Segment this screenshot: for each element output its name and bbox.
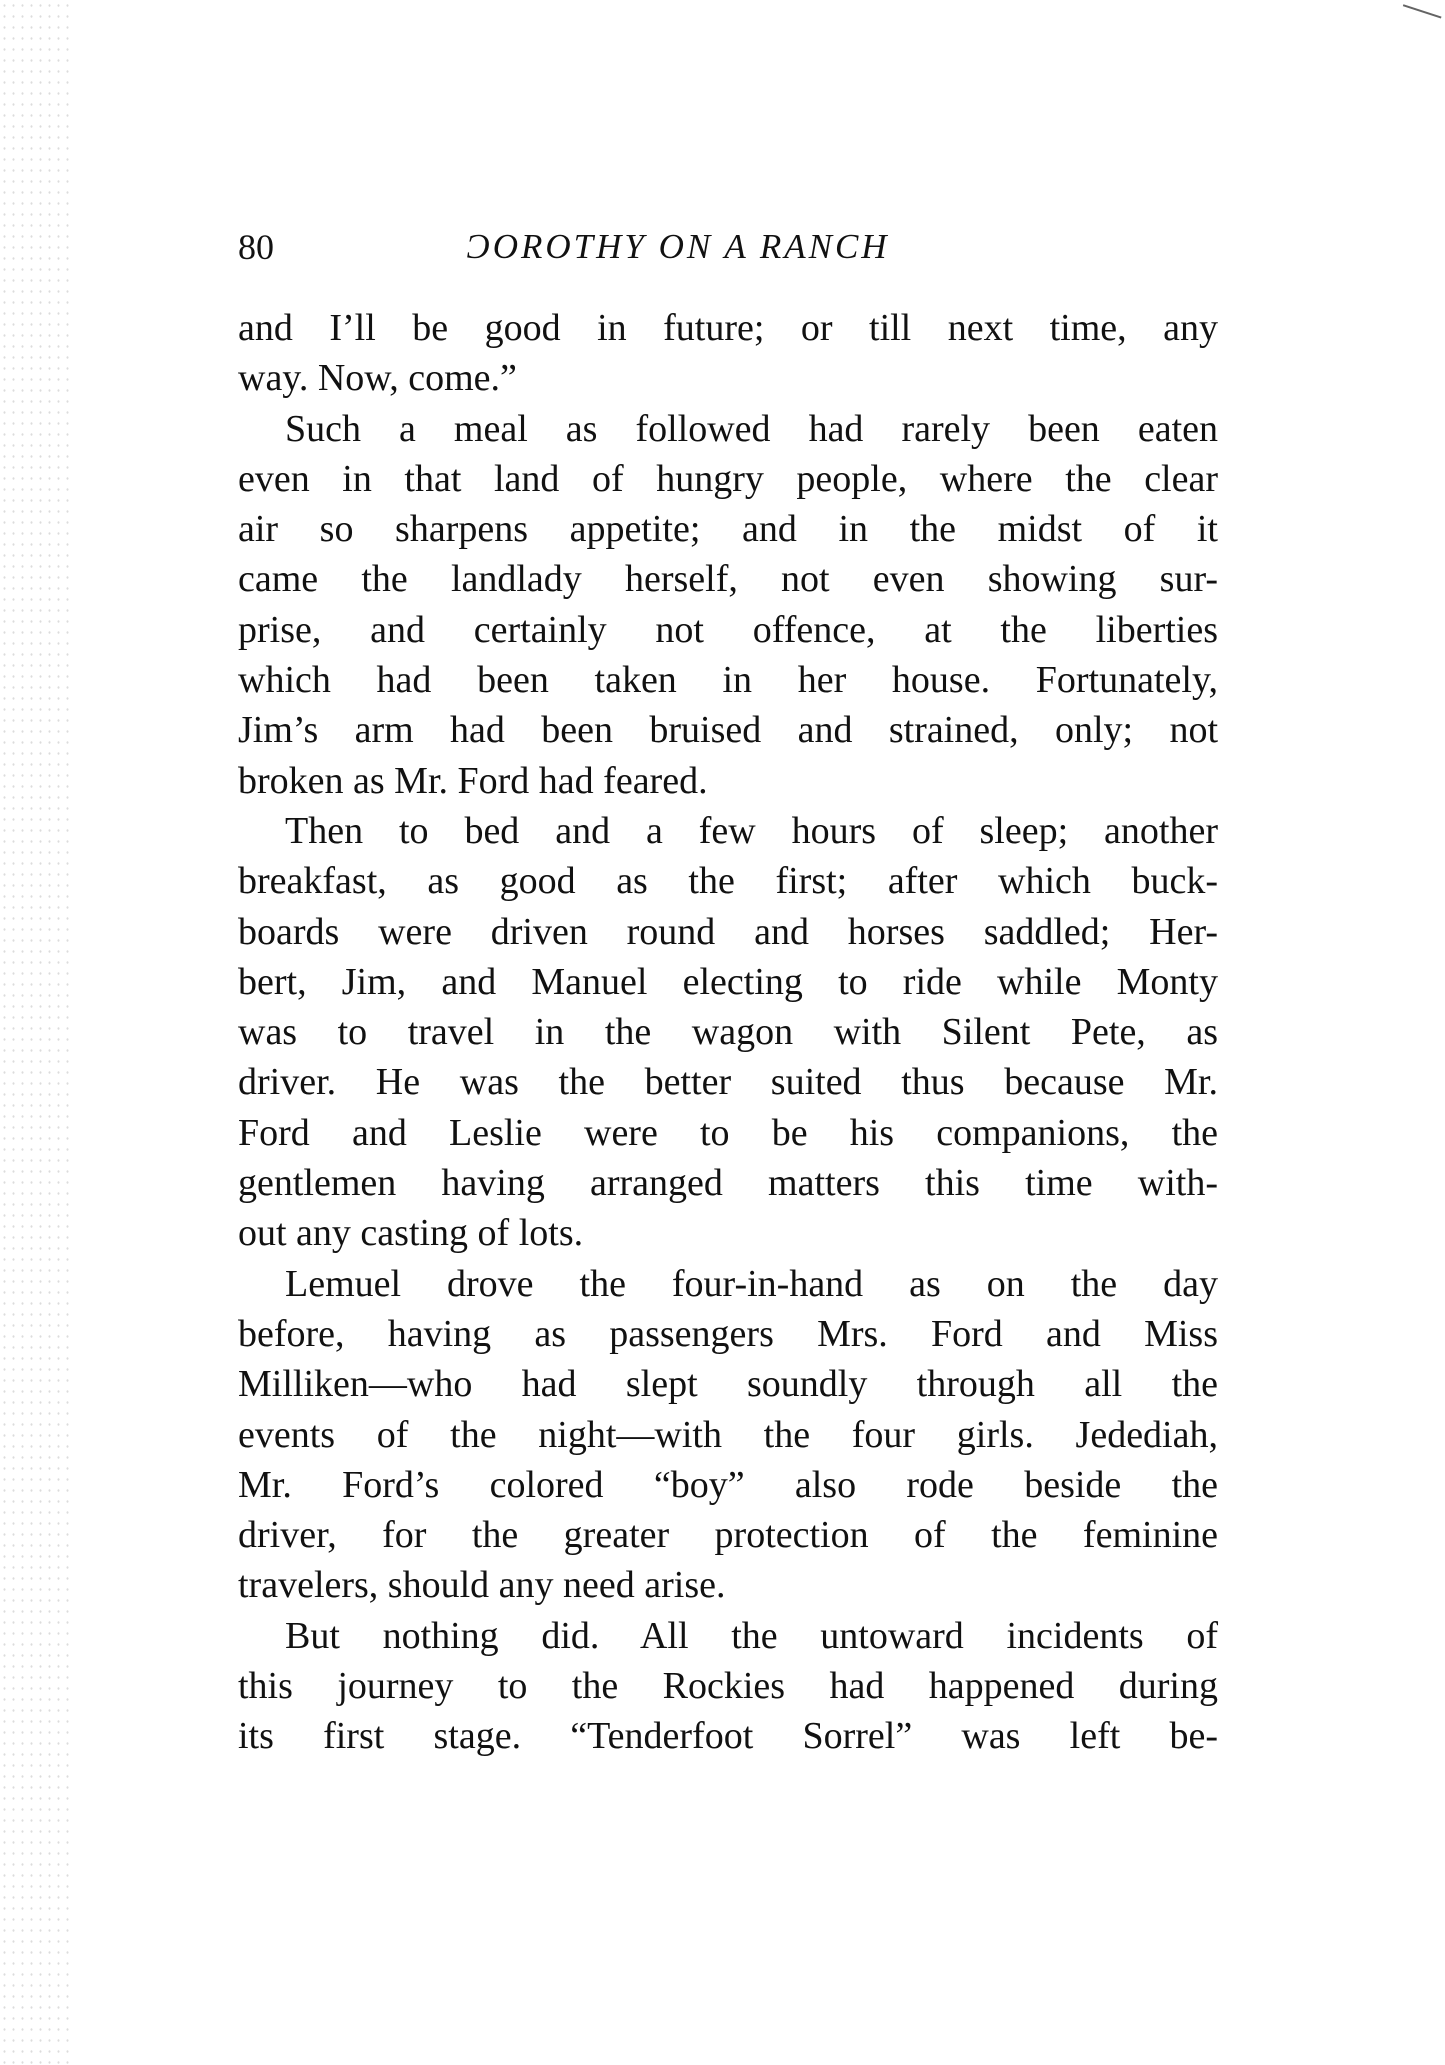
text-line: But nothing did. All the untoward incide… bbox=[238, 1611, 1218, 1661]
text-line: travelers, should any need arise. bbox=[238, 1560, 1218, 1610]
text-line: which had been taken in her house. Fortu… bbox=[238, 655, 1218, 705]
text-line: was to travel in the wagon with Silent P… bbox=[238, 1007, 1218, 1057]
scan-noise bbox=[0, 0, 70, 2065]
text-line: Mr. Ford’s colored “boy” also rode besid… bbox=[238, 1460, 1218, 1510]
text-line: Lemuel drove the four-in-hand as on the … bbox=[238, 1259, 1218, 1309]
text-line: prise, and certainly not offence, at the… bbox=[238, 605, 1218, 655]
text-line: events of the night—with the four girls.… bbox=[238, 1410, 1218, 1460]
text-line: breakfast, as good as the first; after w… bbox=[238, 856, 1218, 906]
text-line: Such a meal as followed had rarely been … bbox=[238, 404, 1218, 454]
text-line: gentlemen having arranged matters this t… bbox=[238, 1158, 1218, 1208]
text-line: driver, for the greater protection of th… bbox=[238, 1510, 1218, 1560]
text-line: driver. He was the better suited thus be… bbox=[238, 1057, 1218, 1107]
text-line: even in that land of hungry people, wher… bbox=[238, 454, 1218, 504]
scan-edge-mark bbox=[1399, 4, 1442, 32]
text-line: Milliken—who had slept soundly through a… bbox=[238, 1359, 1218, 1409]
text-line: Then to bed and a few hours of sleep; an… bbox=[238, 806, 1218, 856]
text-line: came the landlady herself, not even show… bbox=[238, 554, 1218, 604]
text-line: bert, Jim, and Manuel electing to ride w… bbox=[238, 957, 1218, 1007]
page-header: 80 ƆOROTHY ON A RANCH bbox=[238, 222, 1218, 272]
text-line: out any casting of lots. bbox=[238, 1208, 1218, 1258]
text-line: this journey to the Rockies had happened… bbox=[238, 1661, 1218, 1711]
running-title: ƆOROTHY ON A RANCH bbox=[238, 222, 1218, 272]
text-line: Jim’s arm had been bruised and strained,… bbox=[238, 705, 1218, 755]
book-page: 80 ƆOROTHY ON A RANCH and I’ll be good i… bbox=[0, 0, 1445, 2065]
body-text: and I’ll be good in future; or till next… bbox=[238, 303, 1218, 1762]
text-line: its first stage. “Tenderfoot Sorrel” was… bbox=[238, 1711, 1218, 1761]
text-line: and I’ll be good in future; or till next… bbox=[238, 303, 1218, 353]
text-line: way. Now, come.” bbox=[238, 353, 1218, 403]
text-line: before, having as passengers Mrs. Ford a… bbox=[238, 1309, 1218, 1359]
text-line: Ford and Leslie were to be his companion… bbox=[238, 1108, 1218, 1158]
text-line: boards were driven round and horses sadd… bbox=[238, 907, 1218, 957]
text-line: broken as Mr. Ford had feared. bbox=[238, 756, 1218, 806]
text-line: air so sharpens appetite; and in the mid… bbox=[238, 504, 1218, 554]
